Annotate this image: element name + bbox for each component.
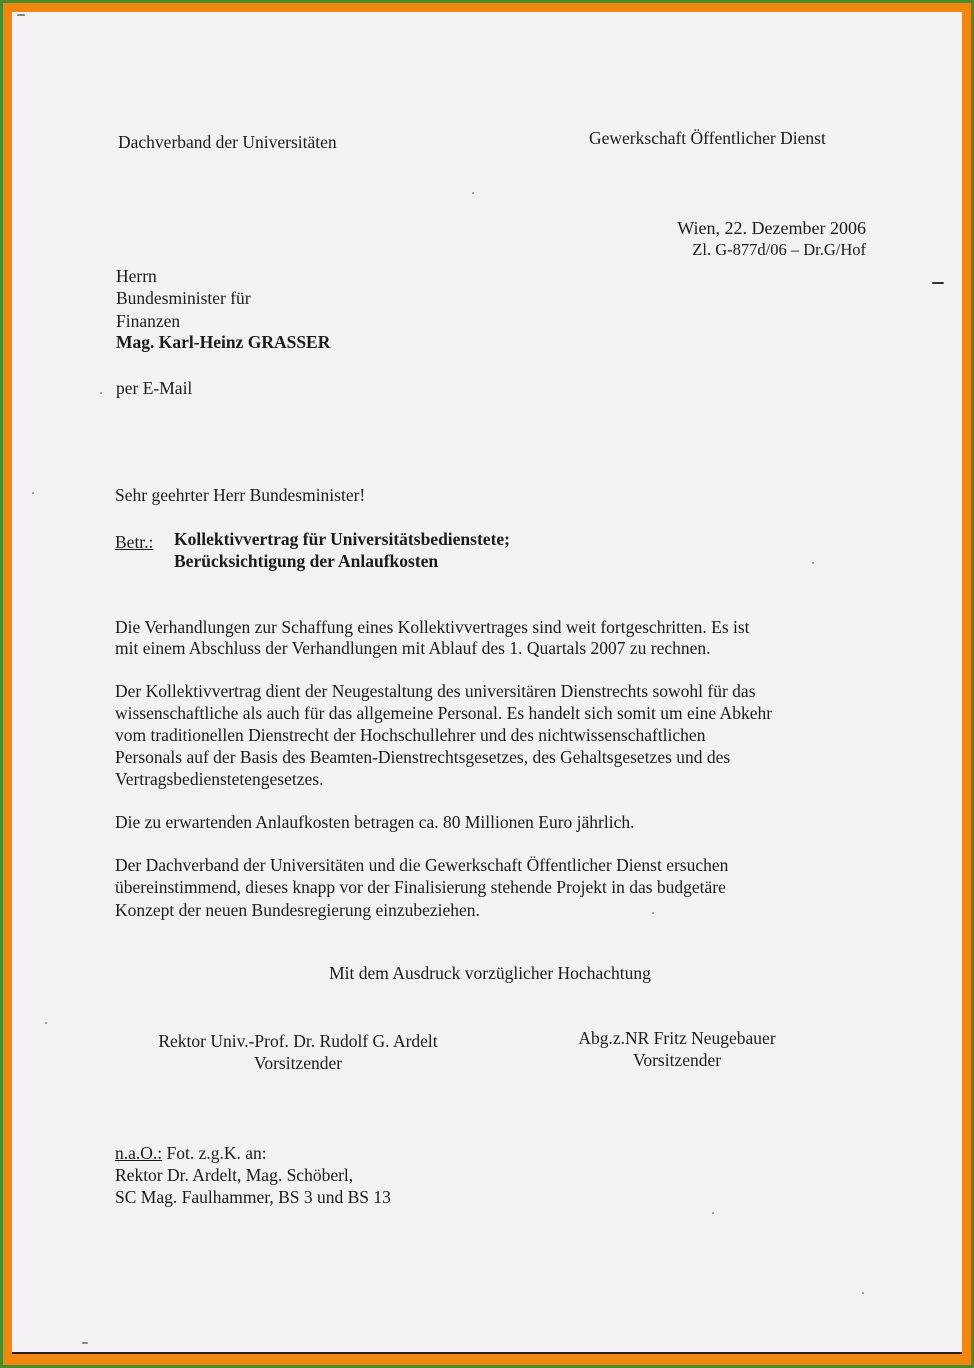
greeting: Sehr geehrter Herr Bundesminister! (115, 484, 365, 506)
scan-speck (17, 14, 25, 16)
signatory-right-role: Vorsitzender (557, 1049, 797, 1071)
scan-speck (82, 1342, 88, 1344)
scan-speck (32, 492, 34, 494)
closing-phrase: Mit dem Ausdruck vorzüglicher Hochachtun… (250, 962, 730, 984)
subject-line-1: Kollektivvertrag für Universitätsbediens… (174, 528, 510, 550)
letter-date: Wien, 22. Dezember 2006 (677, 217, 866, 239)
distribution-header: n.a.O.: Fot. z.g.K. an: (115, 1142, 267, 1164)
body-line: mit einem Abschluss der Verhandlungen mi… (115, 637, 711, 659)
distribution-line-1: Rektor Dr. Ardelt, Mag. Schöberl, (115, 1164, 353, 1186)
body-line: wissenschaftliche als auch für das allge… (115, 702, 772, 724)
body-line: Der Kollektivvertrag dient der Neugestal… (115, 680, 756, 702)
scan-speck (652, 912, 654, 914)
signatory-right-name: Abg.z.NR Fritz Neugebauer (557, 1027, 797, 1049)
signatory-left-name: Rektor Univ.-Prof. Dr. Rudolf G. Ardelt (128, 1030, 468, 1052)
body-line: Der Dachverband der Universitäten und di… (115, 854, 728, 876)
delivery-method: per E-Mail (116, 377, 192, 399)
scan-speck (932, 282, 944, 284)
sender-org-left: Dachverband der Universitäten (118, 131, 337, 153)
scan-speck (712, 1212, 714, 1214)
signatory-left-role: Vorsitzender (128, 1052, 468, 1074)
scan-speck (100, 392, 102, 394)
subject-line-2: Berücksichtigung der Anlaufkosten (174, 550, 438, 572)
distribution-intro: Fot. z.g.K. an: (162, 1143, 267, 1163)
scan-speck (45, 1022, 47, 1024)
distribution-line-2: SC Mag. Faulhammer, BS 3 und BS 13 (115, 1186, 391, 1208)
scan-speck (812, 562, 814, 564)
body-line: übereinstimmend, dieses knapp vor der Fi… (115, 876, 726, 898)
scan-speck (862, 1292, 864, 1294)
body-line: Konzept der neuen Bundesregierung einzub… (115, 899, 480, 921)
sender-org-right: Gewerkschaft Öffentlicher Dienst (589, 127, 826, 149)
body-line: Vertragsbedienstetengesetzes. (115, 768, 323, 790)
recipient-title-1: Bundesminister für (116, 287, 251, 309)
recipient-salutation: Herrn (116, 265, 157, 287)
body-line: vom traditionellen Dienstrecht der Hochs… (115, 724, 705, 746)
body-line: Die zu erwartenden Anlaufkosten betragen… (115, 811, 634, 833)
recipient-title-2: Finanzen (116, 310, 180, 332)
subject-label: Betr.: (115, 531, 153, 553)
distribution-label: n.a.O.: (115, 1143, 162, 1163)
letter-page: Dachverband der Universitäten Gewerkscha… (12, 12, 962, 1354)
scan-speck (472, 192, 474, 194)
body-line: Die Verhandlungen zur Schaffung eines Ko… (115, 616, 750, 638)
recipient-name: Mag. Karl-Heinz GRASSER (116, 331, 330, 353)
reference-number: Zl. G-877d/06 – Dr.G/Hof (692, 239, 866, 261)
body-line: Personals auf der Basis des Beamten-Dien… (115, 746, 730, 768)
